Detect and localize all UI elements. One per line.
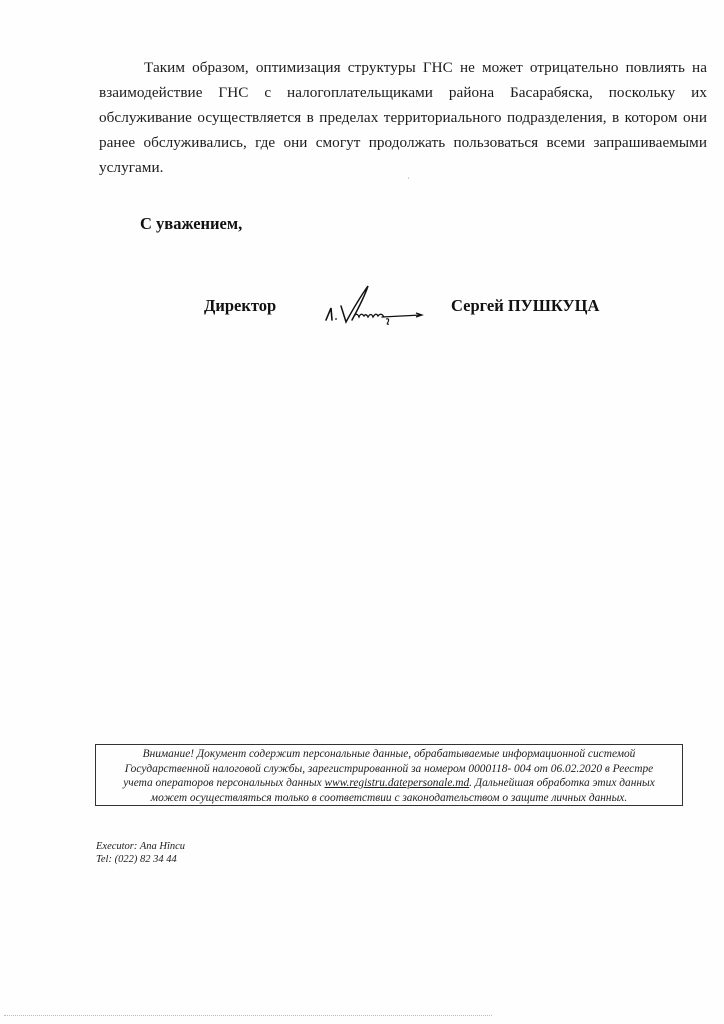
signature-block: Директор Сергей ПУШКУЦА (0, 294, 724, 334)
signature-icon (318, 282, 428, 332)
scan-artifact (408, 177, 409, 179)
notice-line: может осуществляться только в соответств… (102, 791, 676, 806)
notice-text: . Дальнейшая обработка этих данных (469, 777, 655, 789)
registry-link[interactable]: www.registru.datepersonale.md (325, 777, 470, 789)
notice-line: Государственной налоговой службы, зареги… (102, 762, 676, 777)
notice-line: учета операторов персональных данных www… (102, 776, 676, 791)
signatory-title: Директор (204, 296, 276, 316)
executor-info: Executor: Ana Hîncu Tel: (022) 82 34 44 (96, 840, 185, 866)
personal-data-notice: Внимание! Документ содержит персональные… (95, 744, 683, 806)
executor-name: Executor: Ana Hîncu (96, 840, 185, 853)
executor-phone: Tel: (022) 82 34 44 (96, 853, 185, 866)
document-page: Таким образом, оптимизация структуры ГНС… (0, 0, 724, 1024)
closing-salutation: С уважением, (140, 214, 242, 234)
scan-edge-line (4, 1015, 492, 1016)
notice-line: Внимание! Документ содержит персональные… (102, 747, 676, 762)
body-paragraph: Таким образом, оптимизация структуры ГНС… (99, 55, 707, 180)
notice-text: учета операторов персональных данных (123, 777, 324, 789)
signatory-name: Сергей ПУШКУЦА (451, 296, 599, 316)
